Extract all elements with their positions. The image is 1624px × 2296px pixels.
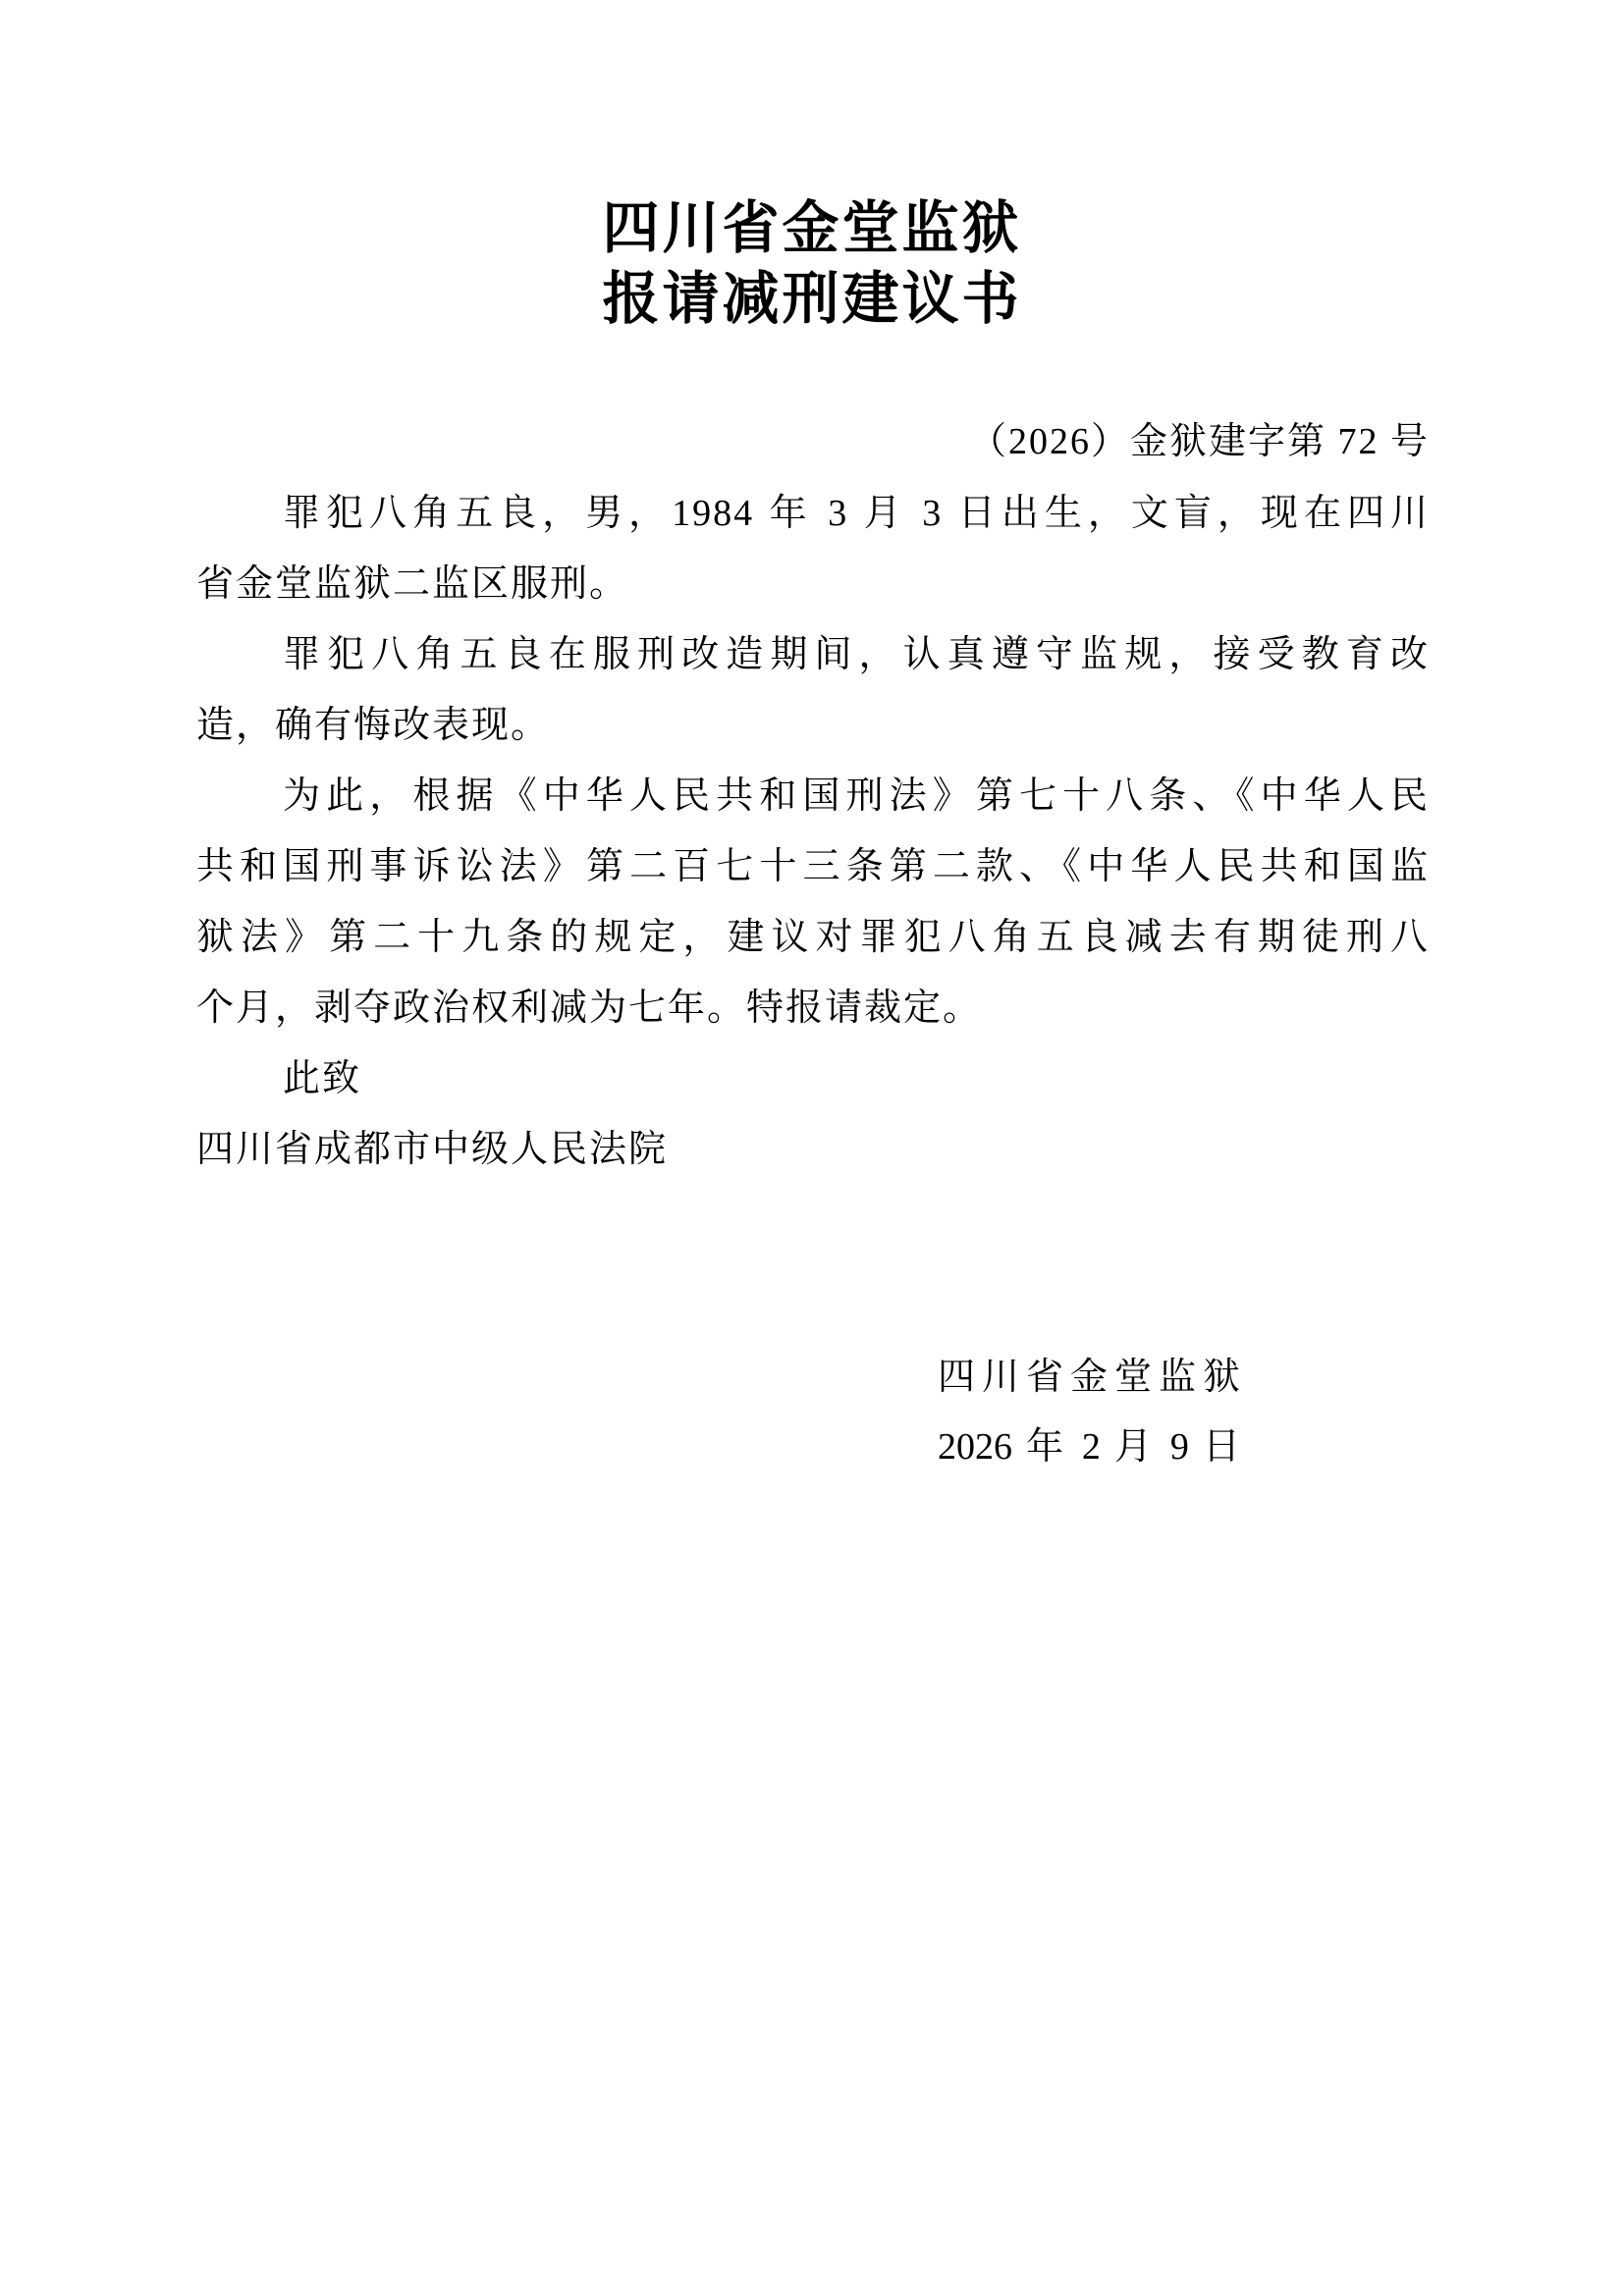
signature-org: 四川省金堂监狱 bbox=[938, 1343, 1240, 1413]
document-page: 四川省金堂监狱 报请减刑建议书 （2026）金狱建字第 72 号 罪犯八角五良，… bbox=[0, 0, 1624, 2296]
body-line: 四川省成都市中级人民法院 bbox=[196, 1114, 1430, 1185]
document-body: 罪犯八角五良，男，1984 年 3 月 3 日出生，文盲，现在四川省金堂监狱二监… bbox=[196, 478, 1430, 1185]
body-line: 省金堂监狱二监区服刑。 bbox=[196, 549, 1430, 619]
signature-block: 四川省金堂监狱 2026 年 2 月 9 日 bbox=[938, 1343, 1240, 1482]
title-line-1: 四川省金堂监狱 bbox=[0, 192, 1624, 263]
body-line: 罪犯八角五良，男，1984 年 3 月 3 日出生，文盲，现在四川 bbox=[196, 478, 1430, 549]
document-title: 四川省金堂监狱 报请减刑建议书 bbox=[0, 192, 1624, 334]
body-line: 个月，剥夺政治权利减为七年。特报请裁定。 bbox=[196, 973, 1430, 1043]
body-line: 罪犯八角五良在服刑改造期间，认真遵守监规，接受教育改 bbox=[196, 619, 1430, 690]
signature-date: 2026 年 2 月 9 日 bbox=[938, 1413, 1240, 1482]
body-line: 狱法》第二十九条的规定，建议对罪犯八角五良减去有期徒刑八 bbox=[196, 902, 1430, 973]
document-number: （2026）金狱建字第 72 号 bbox=[969, 410, 1430, 473]
body-line: 造，确有悔改表现。 bbox=[196, 690, 1430, 761]
title-line-2: 报请减刑建议书 bbox=[0, 263, 1624, 334]
body-line: 为此，根据《中华人民共和国刑法》第七十八条、《中华人民 bbox=[196, 761, 1430, 831]
body-line: 共和国刑事诉讼法》第二百七十三条第二款、《中华人民共和国监 bbox=[196, 831, 1430, 902]
body-line: 此致 bbox=[196, 1043, 1430, 1114]
